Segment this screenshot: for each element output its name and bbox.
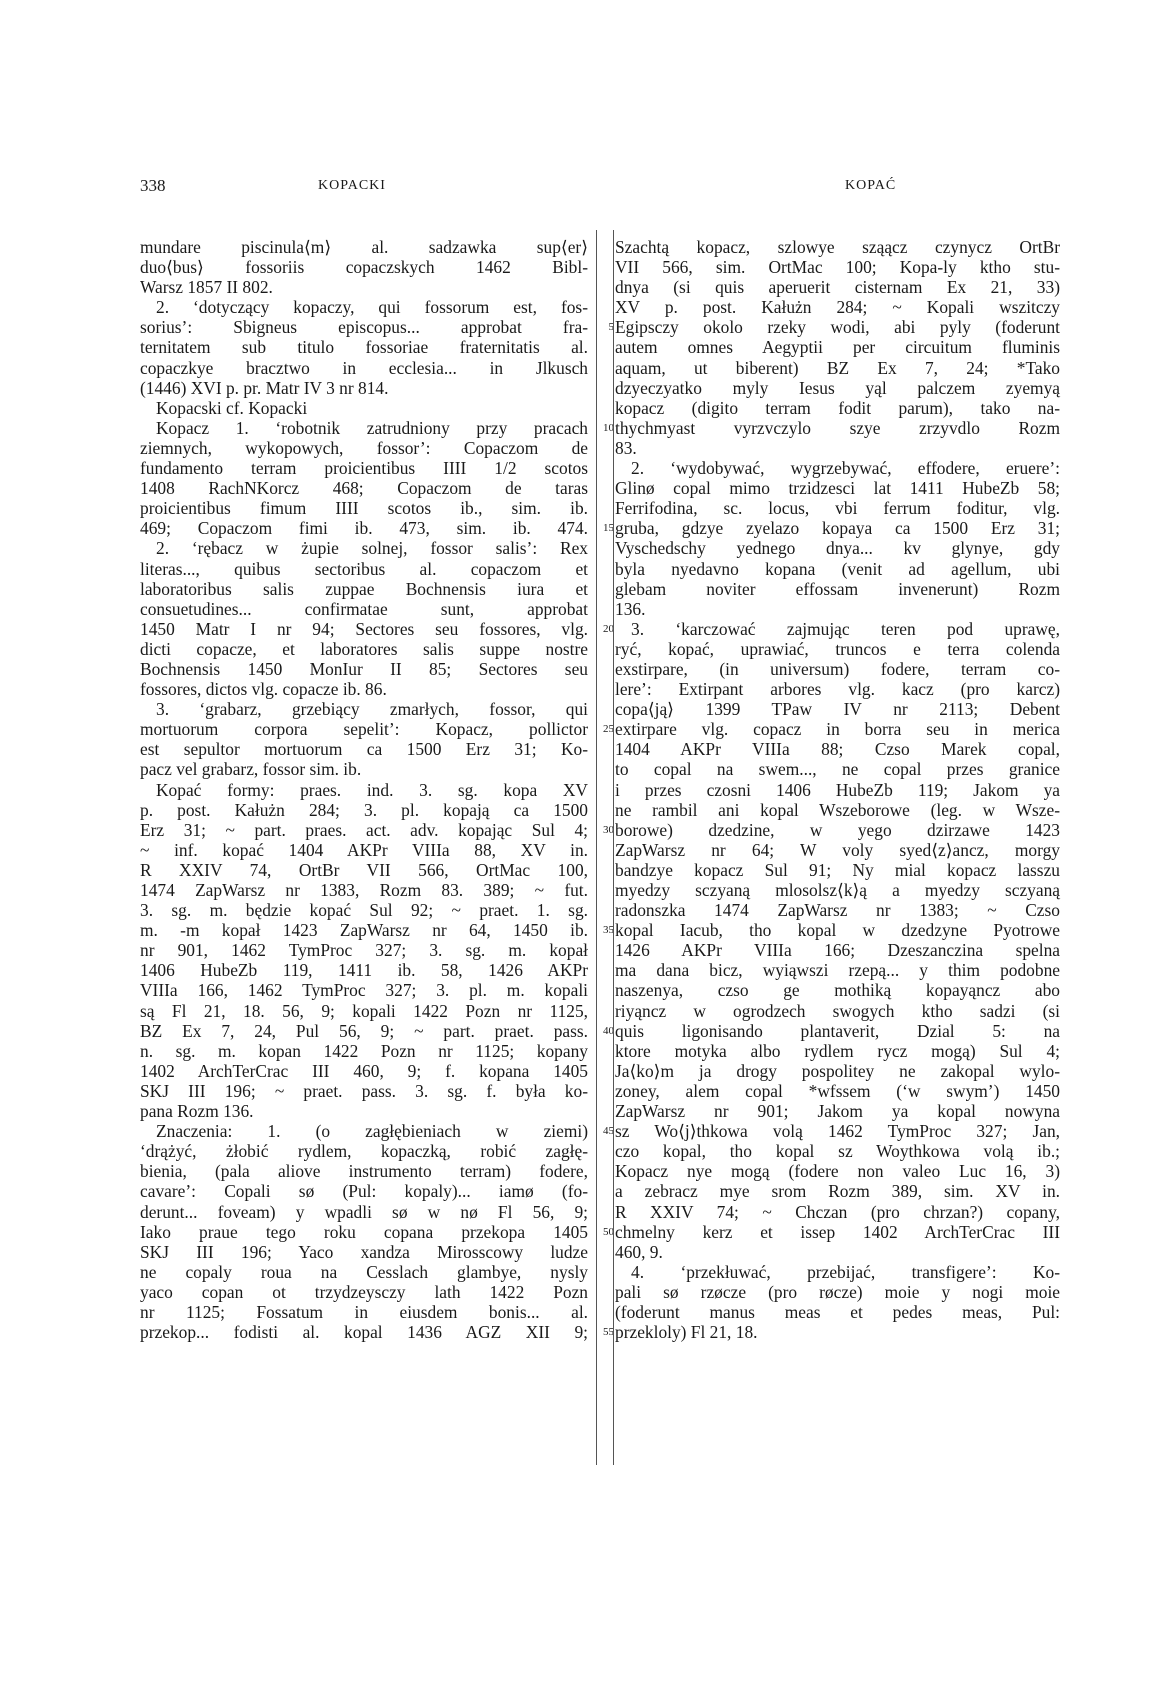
text-line: glebam noviter effossam invenerunt) Rozm (615, 579, 1060, 599)
text-line: dnya (si quis aperuerit cisternam Ex 21,… (615, 277, 1060, 297)
text-line: nr 1125; Fossatum in eiusdem bonis... al… (140, 1302, 588, 1322)
text-line: copaczkye bracztwo in ecclesia... in Jlk… (140, 358, 588, 378)
left-column: mundare piscinula⟨m⟩ al. sadzawka sup⟨er… (140, 237, 588, 1342)
text-line: 2. ‘rębacz w żupie solnej, fossor salis’… (140, 538, 588, 558)
text-line: n. sg. m. kopan 1422 Pozn nr 1125; kopan… (140, 1041, 588, 1061)
text-line: 1402 ArchTerCrac III 460, 9; f. kopana 1… (140, 1061, 588, 1081)
text-line: Ferrifodina, sc. locus, vbi ferrum fodit… (615, 498, 1060, 518)
text-line: quis ligonisando plantaverit, Dzial 5: n… (615, 1021, 1060, 1041)
text-line: (foderunt manus meas et pedes meas, Pul: (615, 1302, 1060, 1322)
text-line: Iako praue tego roku copana przekopa 140… (140, 1222, 588, 1242)
text-line: to copal na swem..., ne copal przes gran… (615, 759, 1060, 779)
text-line: 1408 RachNKorcz 468; Copaczom de taras (140, 478, 588, 498)
text-line: duo⟨bus⟩ fossoriis copaczskych 1462 Bibl… (140, 257, 588, 277)
text-line: ZapWarsz nr 901; Jakom ya kopal nowyna (615, 1101, 1060, 1121)
text-line: 3. ‘karczować zajmując teren pod uprawę, (615, 619, 1060, 639)
text-line: ternitatem sub titulo fossoriae fraterni… (140, 337, 588, 357)
text-line: est sepultor mortuorum ca 1500 Erz 31; K… (140, 739, 588, 759)
text-line: ktore motyka albo rydlem rycz mogą) Sul … (615, 1041, 1060, 1061)
line-number: 30 (594, 824, 614, 836)
text-line: SKJ III 196; Yaco xandza Mirosscowy ludz… (140, 1242, 588, 1262)
text-line: 469; Copaczom fimi ib. 473, sim. ib. 474… (140, 518, 588, 538)
text-line: fundamento terram proicientibus IIII 1/2… (140, 458, 588, 478)
text-line: autem omnes Aegyptii per circuitum flumi… (615, 337, 1060, 357)
text-line: 1404 AKPr VIIIa 88; Czso Marek copal, (615, 739, 1060, 759)
text-line: pali sø rzøcze (pro røcze) moie y nogi m… (615, 1282, 1060, 1302)
text-line: kopal Iacub, tho kopal w dzedzyne Pyotro… (615, 920, 1060, 940)
text-line: nr 901, 1462 TymProc 327; 3. sg. m. kopa… (140, 940, 588, 960)
text-line: mundare piscinula⟨m⟩ al. sadzawka sup⟨er… (140, 237, 588, 257)
text-line: Szachtą kopacz, szlowye sząącz czynycz O… (615, 237, 1060, 257)
text-line: czo kopal, tho kopal sz Woythkowa volą i… (615, 1141, 1060, 1161)
text-line: ~ inf. kopać 1404 AKPr VIIIa 88, XV in. (140, 840, 588, 860)
text-line: sz Wo⟨j⟩thkowa volą 1462 TymProc 327; Ja… (615, 1121, 1060, 1141)
text-line: consuetudines... confirmatae sunt, appro… (140, 599, 588, 619)
text-line: Kopacz 1. ‘robotnik zatrudniony przy pra… (140, 418, 588, 438)
text-line: BZ Ex 7, 24, Pul 56, 9; ~ part. praet. p… (140, 1021, 588, 1041)
text-line: Warsz 1857 II 802. (140, 277, 588, 297)
line-number: 35 (594, 924, 614, 936)
line-number: 45 (594, 1125, 614, 1137)
text-line: R XXIV 74, OrtBr VII 566, OrtMac 100, (140, 860, 588, 880)
text-line: dzyeczyatko myly Iesus yąl palczem zyemy… (615, 378, 1060, 398)
text-line: exstirpare, (in universum) fodere, terra… (615, 659, 1060, 679)
text-line: Vyschedschy yednego dnya... kv glynye, g… (615, 538, 1060, 558)
text-line: zoney, alem copal *wfssem (‘w swym’) 145… (615, 1081, 1060, 1101)
text-line: borowe) dzedzine, w yego dzirzawe 1423 (615, 820, 1060, 840)
text-line: Kopacski cf. Kopacki (140, 398, 588, 418)
text-line: mortuorum corpora sepelit’: Kopacz, poll… (140, 719, 588, 739)
text-line: ne rambil ani kopal Wszeborowe (leg. w W… (615, 800, 1060, 820)
text-line: proicientibus fimum IIII scotos ib., sim… (140, 498, 588, 518)
text-line: ma dana bicz, wyiąwszi rzepą... y thim p… (615, 960, 1060, 980)
text-line: 1450 Matr I nr 94; Sectores seu fossores… (140, 619, 588, 639)
text-line: fossores, dictos vlg. copacze ib. 86. (140, 679, 588, 699)
column-divider-left (596, 230, 597, 1465)
text-line: bienia, (pala aliove instrumento terram)… (140, 1161, 588, 1181)
text-line: copa⟨ją⟩ 1399 TPaw IV nr 2113; Debent (615, 699, 1060, 719)
text-line: 136. (615, 599, 1060, 619)
text-line: pana Rozm 136. (140, 1101, 588, 1121)
line-number: 20 (594, 623, 614, 635)
text-line: przekloly) Fl 21, 18. (615, 1322, 1060, 1342)
line-number: 5 (594, 321, 614, 333)
line-number: 10 (594, 422, 614, 434)
text-line: XV p. post. Kałużn 284; ~ Kopali wszitcz… (615, 297, 1060, 317)
line-number: 25 (594, 723, 614, 735)
running-head-left: KOPACKI (318, 178, 386, 194)
running-head-right: KOPAĆ (845, 178, 896, 194)
text-line: p. post. Kałużn 284; 3. pl. kopają ca 15… (140, 800, 588, 820)
text-line: 2. ‘dotyczący kopaczy, qui fossorum est,… (140, 297, 588, 317)
text-line: ziemnych, wykopowych, fossor’: Copaczom … (140, 438, 588, 458)
text-line: VIIIa 166, 1462 TymProc 327; 3. pl. m. k… (140, 980, 588, 1000)
text-line: Kopacz nye mogą (fodere non valeo Luc 16… (615, 1161, 1060, 1181)
text-line: literas..., quibus sectoribus al. copacz… (140, 559, 588, 579)
text-line: naszenya, czso ge mothiką kopayąncz abo (615, 980, 1060, 1000)
text-line: chmelny kerz et issep 1402 ArchTerCrac I… (615, 1222, 1060, 1242)
text-line: riyąncz w ogrodzech swogych ktho sadzi (… (615, 1001, 1060, 1021)
text-line: Egipsczy okolo rzeky wodi, abi pyly (fod… (615, 317, 1060, 337)
text-line: 2. ‘wydobywać, wygrzebywać, effodere, er… (615, 458, 1060, 478)
text-line: Ja⟨ko⟩m ja drogy pospolitey ne zakopal w… (615, 1061, 1060, 1081)
text-line: R XXIV 74; ~ Chczan (pro chrzan?) copany… (615, 1202, 1060, 1222)
text-line: radonszka 1474 ZapWarsz nr 1383; ~ Czso (615, 900, 1060, 920)
text-line: byla nyedavno kopana (venit ad agellum, … (615, 559, 1060, 579)
text-line: SKJ III 196; ~ praet. pass. 3. sg. f. by… (140, 1081, 588, 1101)
text-line: ne copaly roua na Cesslach glambye, nysl… (140, 1262, 588, 1282)
line-number: 15 (594, 522, 614, 534)
text-line: 1406 HubeZb 119, 1411 ib. 58, 1426 AKPr (140, 960, 588, 980)
right-column: Szachtą kopacz, szlowye sząącz czynycz O… (615, 237, 1060, 1342)
text-line: 1426 AKPr VIIIa 166; Dzeszanczina spelna (615, 940, 1060, 960)
column-divider-right (613, 230, 614, 1465)
page-number: 338 (140, 176, 166, 196)
text-line: ZapWarsz nr 64; W voly syed⟨z⟩ancz, morg… (615, 840, 1060, 860)
text-line: 460, 9. (615, 1242, 1060, 1262)
text-line: myedzy sczyaną mlosolsz⟨k⟩ą a myedzy scz… (615, 880, 1060, 900)
text-line: Bochnensis 1450 MonIur II 85; Sectores s… (140, 659, 588, 679)
text-line: gruba, gdzye zyelazo kopaya ca 1500 Erz … (615, 518, 1060, 538)
text-line: dicti copacze, et laboratores salis supp… (140, 639, 588, 659)
text-line: są Fl 21, 18. 56, 9; kopali 1422 Pozn nr… (140, 1001, 588, 1021)
text-line: cavare’: Copali sø (Pul: kopaly)... iamø… (140, 1181, 588, 1201)
text-line: thychmyast vyrzvczylo szye zrzyvdlo Rozm (615, 418, 1060, 438)
text-line: Erz 31; ~ part. praes. act. adv. kopając… (140, 820, 588, 840)
text-line: m. -m kopał 1423 ZapWarsz nr 64, 1450 ib… (140, 920, 588, 940)
text-line: 3. sg. m. będzie kopać Sul 92; ~ praet. … (140, 900, 588, 920)
text-line: Glinø copal mimo trzidzesci lat 1411 Hub… (615, 478, 1060, 498)
text-line: 3. ‘grabarz, grzebiący zmarłych, fossor,… (140, 699, 588, 719)
text-line: lere’: Extirpant arbores vlg. kacz (pro … (615, 679, 1060, 699)
text-line: a zebracz mye srom Rozm 389, sim. XV in. (615, 1181, 1060, 1201)
text-line: yaco copan ot trzydzeysczy lath 1422 Poz… (140, 1282, 588, 1302)
text-line: derunt... foveam) y wpadli sø w nø Fl 56… (140, 1202, 588, 1222)
text-line: (1446) XVI p. pr. Matr IV 3 nr 814. (140, 378, 588, 398)
text-line: Znaczenia: 1. (o zagłębieniach w ziemi) (140, 1121, 588, 1141)
line-number: 55 (594, 1326, 614, 1338)
text-line: Kopać formy: praes. ind. 3. sg. kopa XV (140, 780, 588, 800)
text-line: sorius’: Sbigneus episcopus... approbat … (140, 317, 588, 337)
line-number: 50 (594, 1226, 614, 1238)
text-line: 4. ‘przekłuwać, przebijać, transfigere’:… (615, 1262, 1060, 1282)
text-line: ryć, kopać, uprawiać, truncos e terra co… (615, 639, 1060, 659)
text-line: przekop... fodisti al. kopal 1436 AGZ XI… (140, 1322, 588, 1342)
text-line: laboratoribus salis zuppae Bochnensis iu… (140, 579, 588, 599)
text-line: VII 566, sim. OrtMac 100; Kopa-ly ktho s… (615, 257, 1060, 277)
text-line: 83. (615, 438, 1060, 458)
line-number: 40 (594, 1025, 614, 1037)
text-line: kopacz (digito terram fodit parum), tako… (615, 398, 1060, 418)
text-line: ‘drążyć, żłobić rydlem, kopaczką, robić … (140, 1141, 588, 1161)
text-line: 1474 ZapWarsz nr 1383, Rozm 83. 389; ~ f… (140, 880, 588, 900)
text-line: aquam, ut biberent) BZ Ex 7, 24; *Tako (615, 358, 1060, 378)
text-line: i przes czosni 1406 HubeZb 119; Jakom ya (615, 780, 1060, 800)
text-line: extirpare vlg. copacz in borra seu in me… (615, 719, 1060, 739)
text-line: bandzye kopacz Sul 91; Ny mial kopacz la… (615, 860, 1060, 880)
text-line: pacz vel grabarz, fossor sim. ib. (140, 759, 588, 779)
